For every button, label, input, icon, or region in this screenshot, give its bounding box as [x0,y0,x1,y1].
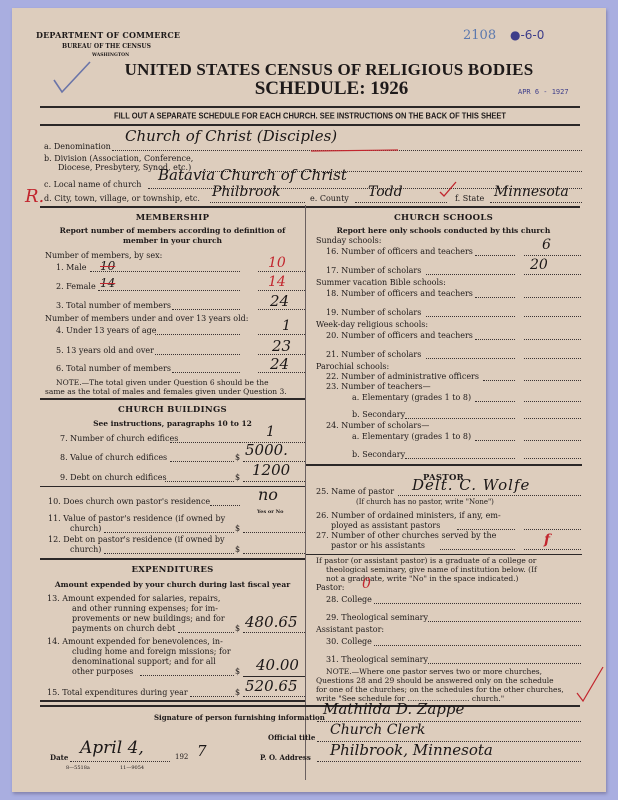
residence-value-field[interactable] [243,532,305,533]
female-answer-line [258,290,305,291]
owns-residence-line [210,505,240,506]
edifice-debt-field[interactable]: 1200 [252,461,290,479]
local-name-field[interactable]: Batavia Church of Christ [158,166,347,184]
county-field[interactable]: Todd [368,184,403,200]
summer-teachers-label: 18. Number of officers and teachers [326,289,473,298]
teachers-label: 23. Number of teachers— [326,382,431,391]
year-field[interactable]: 7 [197,742,207,760]
sunday-teachers-field[interactable]: 6 [542,237,551,253]
stamp-number: 2108 [463,28,496,43]
assistant-ministers-label-1: 26. Number of ordained ministers, if any… [316,511,501,520]
teachers-elementary-field[interactable] [524,401,581,402]
local-name-label: c. Local name of church [44,180,141,189]
sunday-scholars-label: 17. Number of scholars [326,266,421,275]
total-members-2-line [172,372,240,373]
currency-symbol: $ [235,624,240,633]
summer-teachers-field[interactable] [524,297,581,298]
under-13-label: 4. Under 13 years of age [56,326,156,335]
assistant-education-label: Assistant pastor: [316,625,384,634]
department-heading: DEPARTMENT OF COMMERCE [36,30,180,40]
official-title-label: Official title [268,733,315,742]
running-expenses-label-2: and other running expenses; for im- [72,604,218,613]
summer-scholars-field[interactable] [524,316,581,317]
assistant-ministers-line [457,529,515,530]
divider [40,206,580,208]
assistant-college-label: 30. College [326,637,372,646]
pastor-none-hint: (If church has no pastor, write "None") [356,498,494,506]
admin-officers-field[interactable] [524,380,581,381]
assistant-seminary-label: 31. Theological seminary [326,655,428,664]
edifices-field[interactable]: 1 [266,424,275,440]
stamp-code: ●-6-0 [510,28,544,42]
sunday-teachers-line [475,255,515,256]
teachers-secondary-label: b. Secondary [352,410,405,419]
assistant-ministers-field[interactable] [524,529,581,530]
currency-symbol: $ [235,688,240,697]
weekday-teachers-line [475,339,515,340]
currency-symbol: $ [235,453,240,462]
running-expenses-label-4: payments on church debt [72,624,175,633]
sunday-scholars-answer-line [524,274,581,275]
church-schools-title: CHURCH SCHOOLS [306,213,581,223]
edifice-debt-answer-line [243,481,305,482]
sunday-schools-label: Sunday schools: [316,236,381,245]
edifices-line [170,442,240,443]
red-underline-mark [310,148,400,154]
total-members-2-field[interactable]: 24 [270,355,289,373]
residence-debt-label-2: church) [70,545,101,554]
benevolences-label-1: 14. Amount expended for benevolences, in… [47,637,223,646]
date-field[interactable]: April 4, [80,738,144,758]
pastor-education-label: Pastor: [316,583,344,592]
benevolences-line [140,675,234,676]
under-13-line [155,334,240,335]
summer-teachers-line [475,297,515,298]
currency-symbol: $ [235,524,240,533]
state-field[interactable]: Minnesota [494,184,569,200]
currency-symbol: $ [235,473,240,482]
year-prefix: 192 [175,753,188,761]
date-line [70,761,170,762]
form-title: UNITED STATES CENSUS OF RELIGIOUS BODIES [0,60,618,80]
city-label: d. City, town, village, or township, etc… [44,194,200,203]
sunday-teachers-label: 16. Number of officers and teachers [326,247,473,256]
divider [306,464,582,466]
running-expenses-answer-line [243,632,305,633]
po-address-field[interactable]: Philbrook, Minnesota [330,741,493,759]
membership-subtitle-2: member in your church [40,236,305,246]
expenditures-subtitle: Amount expended by your church during la… [40,580,305,590]
total-members-label: 3. Total number of members [56,301,171,310]
weekday-teachers-label: 20. Number of officers and teachers [326,331,473,340]
male-struck-value: 10 [100,259,115,273]
expenditures-title: EXPENDITURES [40,565,305,575]
weekday-scholars-label: 21. Number of scholars [326,350,421,359]
instruction-banner: FILL OUT A SEPARATE SCHEDULE FOR EACH CH… [40,110,580,120]
state-label: f. State [455,194,484,203]
weekday-scholars-field[interactable] [524,358,581,359]
pastor-name-line [398,495,581,496]
divider [40,700,305,702]
edifice-value-field[interactable]: 5000. [245,441,288,459]
denomination-field[interactable]: Church of Christ (Disciples) [125,127,337,145]
form-code: 8—5518a [66,765,90,771]
teachers-elementary-label: a. Elementary (grades 1 to 8) [352,393,471,402]
under-13-field[interactable]: 1 [282,318,291,334]
pastor-name-label: 25. Name of pastor [316,487,394,496]
residence-value-line [104,532,234,533]
summer-scholars-line [426,316,515,317]
column-divider [305,205,306,780]
received-date-stamp: APR 6 - 1927 [518,88,569,96]
pastor-seminary-label: 29. Theological seminary [326,613,428,622]
benevolences-label-3: denominational support; and for all [72,657,216,666]
total-expenditures-label: 15. Total expenditures during year [47,688,188,697]
admin-officers-line [483,380,515,381]
teachers-elementary-line [475,401,515,402]
pastor-education-mark: 0 [362,576,371,592]
scholars-elementary-field[interactable] [524,440,581,441]
scholars-secondary-line [405,458,515,459]
assistant-college-field[interactable] [374,645,581,646]
other-churches-line [440,549,515,550]
weekday-teachers-field[interactable] [524,339,581,340]
male-label: 1. Male [56,263,86,272]
teachers-secondary-field[interactable] [524,418,581,419]
other-churches-label-2: pastor or his assistants [331,541,425,550]
divider [40,124,580,126]
benevolences-label-4: other purposes [72,667,133,676]
residence-debt-line [104,553,234,554]
membership-subtitle-1: Report number of members according to de… [40,226,305,236]
church-schools-subtitle: Report here only schools conducted by th… [306,226,581,236]
division-label-line1: b. Division (Association, Conference, [44,154,193,163]
church-buildings-title: CHURCH BUILDINGS [40,405,305,415]
city-heading: WASHINGTON [92,53,129,58]
residence-debt-field[interactable] [243,553,305,554]
assistant-ministers-label-2: ployed as assistant pastors [331,521,440,530]
divider [40,558,305,560]
county-label: e. County [310,194,349,203]
owns-residence-field[interactable]: no [258,485,278,504]
female-field[interactable]: 14 [268,274,286,290]
residence-value-label-2: church) [70,524,101,533]
female-label: 2. Female [56,282,96,291]
city-field[interactable]: Philbrook [212,184,280,200]
county-line [355,202,447,203]
po-address-label: P. O. Address [260,753,311,762]
other-churches-label-1: 27. Number of other churches served by t… [316,531,496,540]
edifice-debt-line [165,481,234,482]
divider [40,106,580,108]
sunday-teachers-answer-line [524,255,581,256]
total-members-line [172,309,240,310]
signature-label: Signature of person furnishing informati… [154,713,325,722]
female-struck-value: 14 [100,276,115,290]
male-field[interactable]: 10 [268,255,286,271]
scholars-label: 24. Number of scholars— [326,421,429,430]
city-line [210,202,305,203]
divider [306,554,582,555]
membership-note-2: same as the total of males and females g… [45,387,287,397]
running-expenses-label-1: 13. Amount expended for salaries, repair… [47,594,220,603]
edifice-value-line [170,461,234,462]
total-members-2-label: 6. Total number of members [56,364,171,373]
pastor-college-label: 28. College [326,595,372,604]
divider [40,705,580,707]
over-13-line [155,354,240,355]
edifices-label: 7. Number of church edifices [60,434,178,443]
other-churches-field[interactable]: f [544,532,550,548]
currency-symbol: $ [235,545,240,554]
membership-title: MEMBERSHIP [40,213,305,223]
edifice-value-label: 8. Value of church edifices [60,453,167,462]
total-expenditures-field[interactable]: 520.65 [245,677,298,695]
po-address-line [317,761,581,762]
running-expenses-label-3: provements or new buildings; and for [72,614,225,623]
over-13-label: 5. 13 years old and over [56,346,154,355]
residence-debt-label-1: 12. Debt on pastor's residence (if owned… [48,535,225,544]
parochial-schools-label: Parochial schools: [316,362,389,371]
benevolences-field[interactable]: 40.00 [256,656,299,674]
red-check-icon [575,665,605,705]
summer-schools-label: Summer vacation Bible schools: [316,278,446,287]
divider [40,398,305,400]
official-title-field[interactable]: Church Clerk [330,722,425,738]
total-members-field[interactable]: 24 [270,292,289,310]
owns-residence-label: 10. Does church own pastor's residence [48,497,210,506]
currency-symbol: $ [235,667,240,676]
residence-value-label-1: 11. Value of pastor's residence (if owne… [48,514,225,523]
weekday-scholars-line [426,358,515,359]
pastor-college-field[interactable] [374,603,581,604]
total-expenditures-line [190,696,234,697]
other-churches-answer-line [524,549,581,550]
assistant-seminary-field[interactable] [428,663,581,664]
pastor-name-field[interactable]: Delt. C. Wolfe [412,476,530,494]
summer-scholars-label: 19. Number of scholars [326,308,421,317]
running-expenses-field[interactable]: 480.65 [245,613,298,631]
scholars-elementary-label: a. Elementary (grades 1 to 8) [352,432,471,441]
over-13-field[interactable]: 23 [272,337,291,355]
signature-field[interactable]: Mathilda D. Zappe [323,700,464,718]
teachers-secondary-line [405,418,515,419]
sunday-scholars-field[interactable]: 20 [530,257,548,273]
members-by-age-label: Number of members under and over 13 year… [45,314,248,323]
under-13-answer-line [258,334,305,335]
weekday-schools-label: Week-day religious schools: [316,320,428,329]
admin-officers-label: 22. Number of administrative officers [326,372,479,381]
benevolences-label-2: cluding home and foreign missions; for [72,647,231,656]
running-expenses-line [178,632,234,633]
state-line [490,202,582,203]
scholars-secondary-label: b. Secondary [352,450,405,459]
bureau-heading: BUREAU OF THE CENSUS [62,43,151,50]
total-expenditures-answer-line [243,696,305,697]
graduate-note-3: not a graduate, write "No" in the space … [326,574,518,584]
yes-no-hint: Yes or No [257,509,284,515]
male-answer-line [258,271,305,272]
scholars-elementary-line [475,440,515,441]
scholars-secondary-field[interactable] [524,458,581,459]
sunday-scholars-line [426,274,515,275]
pastor-seminary-field[interactable] [428,621,581,622]
female-line [98,290,240,291]
edifice-debt-label: 9. Debt on church edifices [60,473,167,482]
print-code: 11—9054 [120,765,144,771]
date-label: Date [50,753,68,762]
margin-mark: R. [25,186,44,207]
denomination-label: a. Denomination [44,142,111,151]
